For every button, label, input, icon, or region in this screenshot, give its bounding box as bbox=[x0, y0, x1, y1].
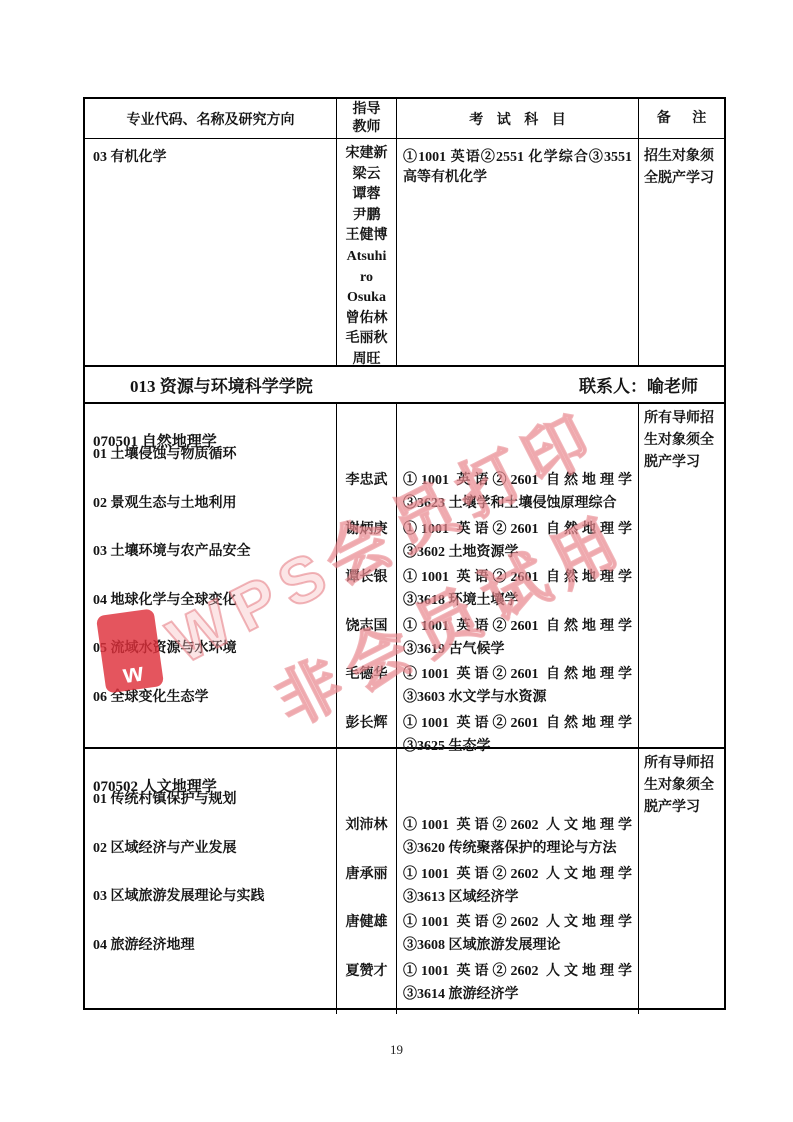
header-major-code: 专业代码、名称及研究方向 bbox=[85, 99, 337, 138]
directions-column: 070501 自然地理学 01 土壤侵蚀与物质循环 02 景观生态与土地利用 0… bbox=[85, 404, 337, 747]
advisor-name: ro bbox=[337, 268, 396, 289]
remark-cell: 招生对象须全脱产学习 bbox=[639, 139, 724, 365]
direction: 04 地球化学与全球变化 bbox=[85, 589, 336, 638]
advisors-column: 刘沛林 唐承丽 唐健雄 夏赞才 bbox=[337, 749, 397, 1014]
advisor-name: 王健博 bbox=[337, 226, 396, 247]
advisor-name: 夏赞才 bbox=[337, 960, 396, 1009]
section-title: 013 资源与环境科学学院 bbox=[130, 372, 313, 397]
exam-cell: ①1001 英语②2602 人文地理学 ③3608 区域旅游发展理论 bbox=[403, 911, 632, 960]
remark-cell: 所有导师招生对象须全脱产学习 bbox=[639, 749, 724, 1014]
admissions-table: 专业代码、名称及研究方向 指导 教师 考 试 科 目 备 注 03 有机化学 宋… bbox=[83, 97, 726, 1010]
advisor-name: 李忠武 bbox=[337, 469, 396, 518]
major-block-070501: 070501 自然地理学 01 土壤侵蚀与物质循环 02 景观生态与土地利用 0… bbox=[85, 404, 724, 749]
exam-cell: ①1001 英语②2551 化学综合③3551 高等有机化学 bbox=[397, 139, 639, 365]
advisors-cell: 宋建新 梁云 谭蓉 尹鹏 王健博 Atsuhi ro Osuka 曾佑林 毛丽秋… bbox=[337, 139, 397, 365]
page-number: 19 bbox=[0, 1042, 793, 1058]
advisor-name: 谭长银 bbox=[337, 566, 396, 615]
section-contact: 联系人：喻老师 bbox=[579, 372, 698, 397]
table-row-organic-chemistry: 03 有机化学 宋建新 梁云 谭蓉 尹鹏 王健博 Atsuhi ro Osuka… bbox=[85, 139, 724, 367]
direction: 06 全球变化生态学 bbox=[85, 686, 336, 735]
advisors-column: 李忠武 谢炳庚 谭长银 饶志国 毛德华 彭长辉 bbox=[337, 404, 397, 747]
direction: 01 传统村镇保护与规划 bbox=[85, 788, 336, 837]
remark-cell: 所有导师招生对象须全脱产学习 bbox=[639, 404, 724, 747]
exam-cell: ①1001 英语②2602 人文地理学 ③3613 区域经济学 bbox=[403, 863, 632, 912]
exam-cell: ①1001 英语②2602 人文地理学 ③3614 旅游经济学 bbox=[403, 960, 632, 1009]
advisor-name: 尹鹏 bbox=[337, 206, 396, 227]
direction: 02 区域经济与产业发展 bbox=[85, 837, 336, 886]
direction: 05 流域水资源与水环境 bbox=[85, 637, 336, 686]
advisor-name: 周旺 bbox=[337, 350, 396, 371]
advisor-name: Osuka bbox=[337, 288, 396, 309]
directions-column: 070502 人文地理学 01 传统村镇保护与规划 02 区域经济与产业发展 0… bbox=[85, 749, 337, 1014]
table-header-row: 专业代码、名称及研究方向 指导 教师 考 试 科 目 备 注 bbox=[85, 99, 724, 139]
major-title: 070501 自然地理学 bbox=[85, 404, 336, 443]
advisor-name: 唐健雄 bbox=[337, 911, 396, 960]
direction-cell: 03 有机化学 bbox=[85, 139, 337, 365]
exam-cell: ①1001 英语②2601 自然地理学 ③3619 古气候学 bbox=[403, 615, 632, 664]
exam-cell: ①1001 英语②2601 自然地理学 ③3603 水文学与水资源 bbox=[403, 663, 632, 712]
header-advisor: 指导 教师 bbox=[337, 99, 397, 138]
advisor-name: 饶志国 bbox=[337, 615, 396, 664]
direction: 03 土壤环境与农产品安全 bbox=[85, 540, 336, 589]
document-page: 专业代码、名称及研究方向 指导 教师 考 试 科 目 备 注 03 有机化学 宋… bbox=[0, 0, 793, 1122]
exam-cell: ①1001 英语②2601 自然地理学 ③3602 土地资源学 bbox=[403, 518, 632, 567]
header-exam-subjects: 考 试 科 目 bbox=[397, 99, 639, 138]
direction: 01 土壤侵蚀与物质循环 bbox=[85, 443, 336, 492]
advisor-name: Atsuhi bbox=[337, 247, 396, 268]
exams-column: ①1001 英语②2601 自然地理学 ③3623 土壤学和土壤侵蚀原理综合 ①… bbox=[397, 404, 639, 747]
advisor-name: 刘沛林 bbox=[337, 814, 396, 863]
advisor-name: 宋建新 bbox=[337, 144, 396, 165]
advisor-name: 梁云 bbox=[337, 165, 396, 186]
section-band: 013 资源与环境科学学院 联系人：喻老师 bbox=[85, 367, 724, 404]
advisor-name: 谢炳庚 bbox=[337, 518, 396, 567]
exam-cell: ①1001 英语②2601 自然地理学 ③3618 环境土壤学 bbox=[403, 566, 632, 615]
direction: 03 区域旅游发展理论与实践 bbox=[85, 885, 336, 934]
exams-column: ①1001 英语②2602 人文地理学 ③3620 传统聚落保护的理论与方法 ①… bbox=[397, 749, 639, 1014]
major-block-070502: 070502 人文地理学 01 传统村镇保护与规划 02 区域经济与产业发展 0… bbox=[85, 749, 724, 1014]
advisor-name: 毛德华 bbox=[337, 663, 396, 712]
advisor-name: 唐承丽 bbox=[337, 863, 396, 912]
major-title: 070502 人文地理学 bbox=[85, 749, 336, 788]
advisor-name: 谭蓉 bbox=[337, 185, 396, 206]
exam-cell: ①1001 英语②2602 人文地理学 ③3620 传统聚落保护的理论与方法 bbox=[403, 814, 632, 863]
header-remarks: 备 注 bbox=[639, 99, 724, 138]
direction: 04 旅游经济地理 bbox=[85, 934, 336, 983]
advisor-name: 曾佑林 bbox=[337, 309, 396, 330]
advisor-name: 毛丽秋 bbox=[337, 329, 396, 350]
direction: 02 景观生态与土地利用 bbox=[85, 492, 336, 541]
exam-cell: ①1001 英语②2601 自然地理学 ③3623 土壤学和土壤侵蚀原理综合 bbox=[403, 469, 632, 518]
